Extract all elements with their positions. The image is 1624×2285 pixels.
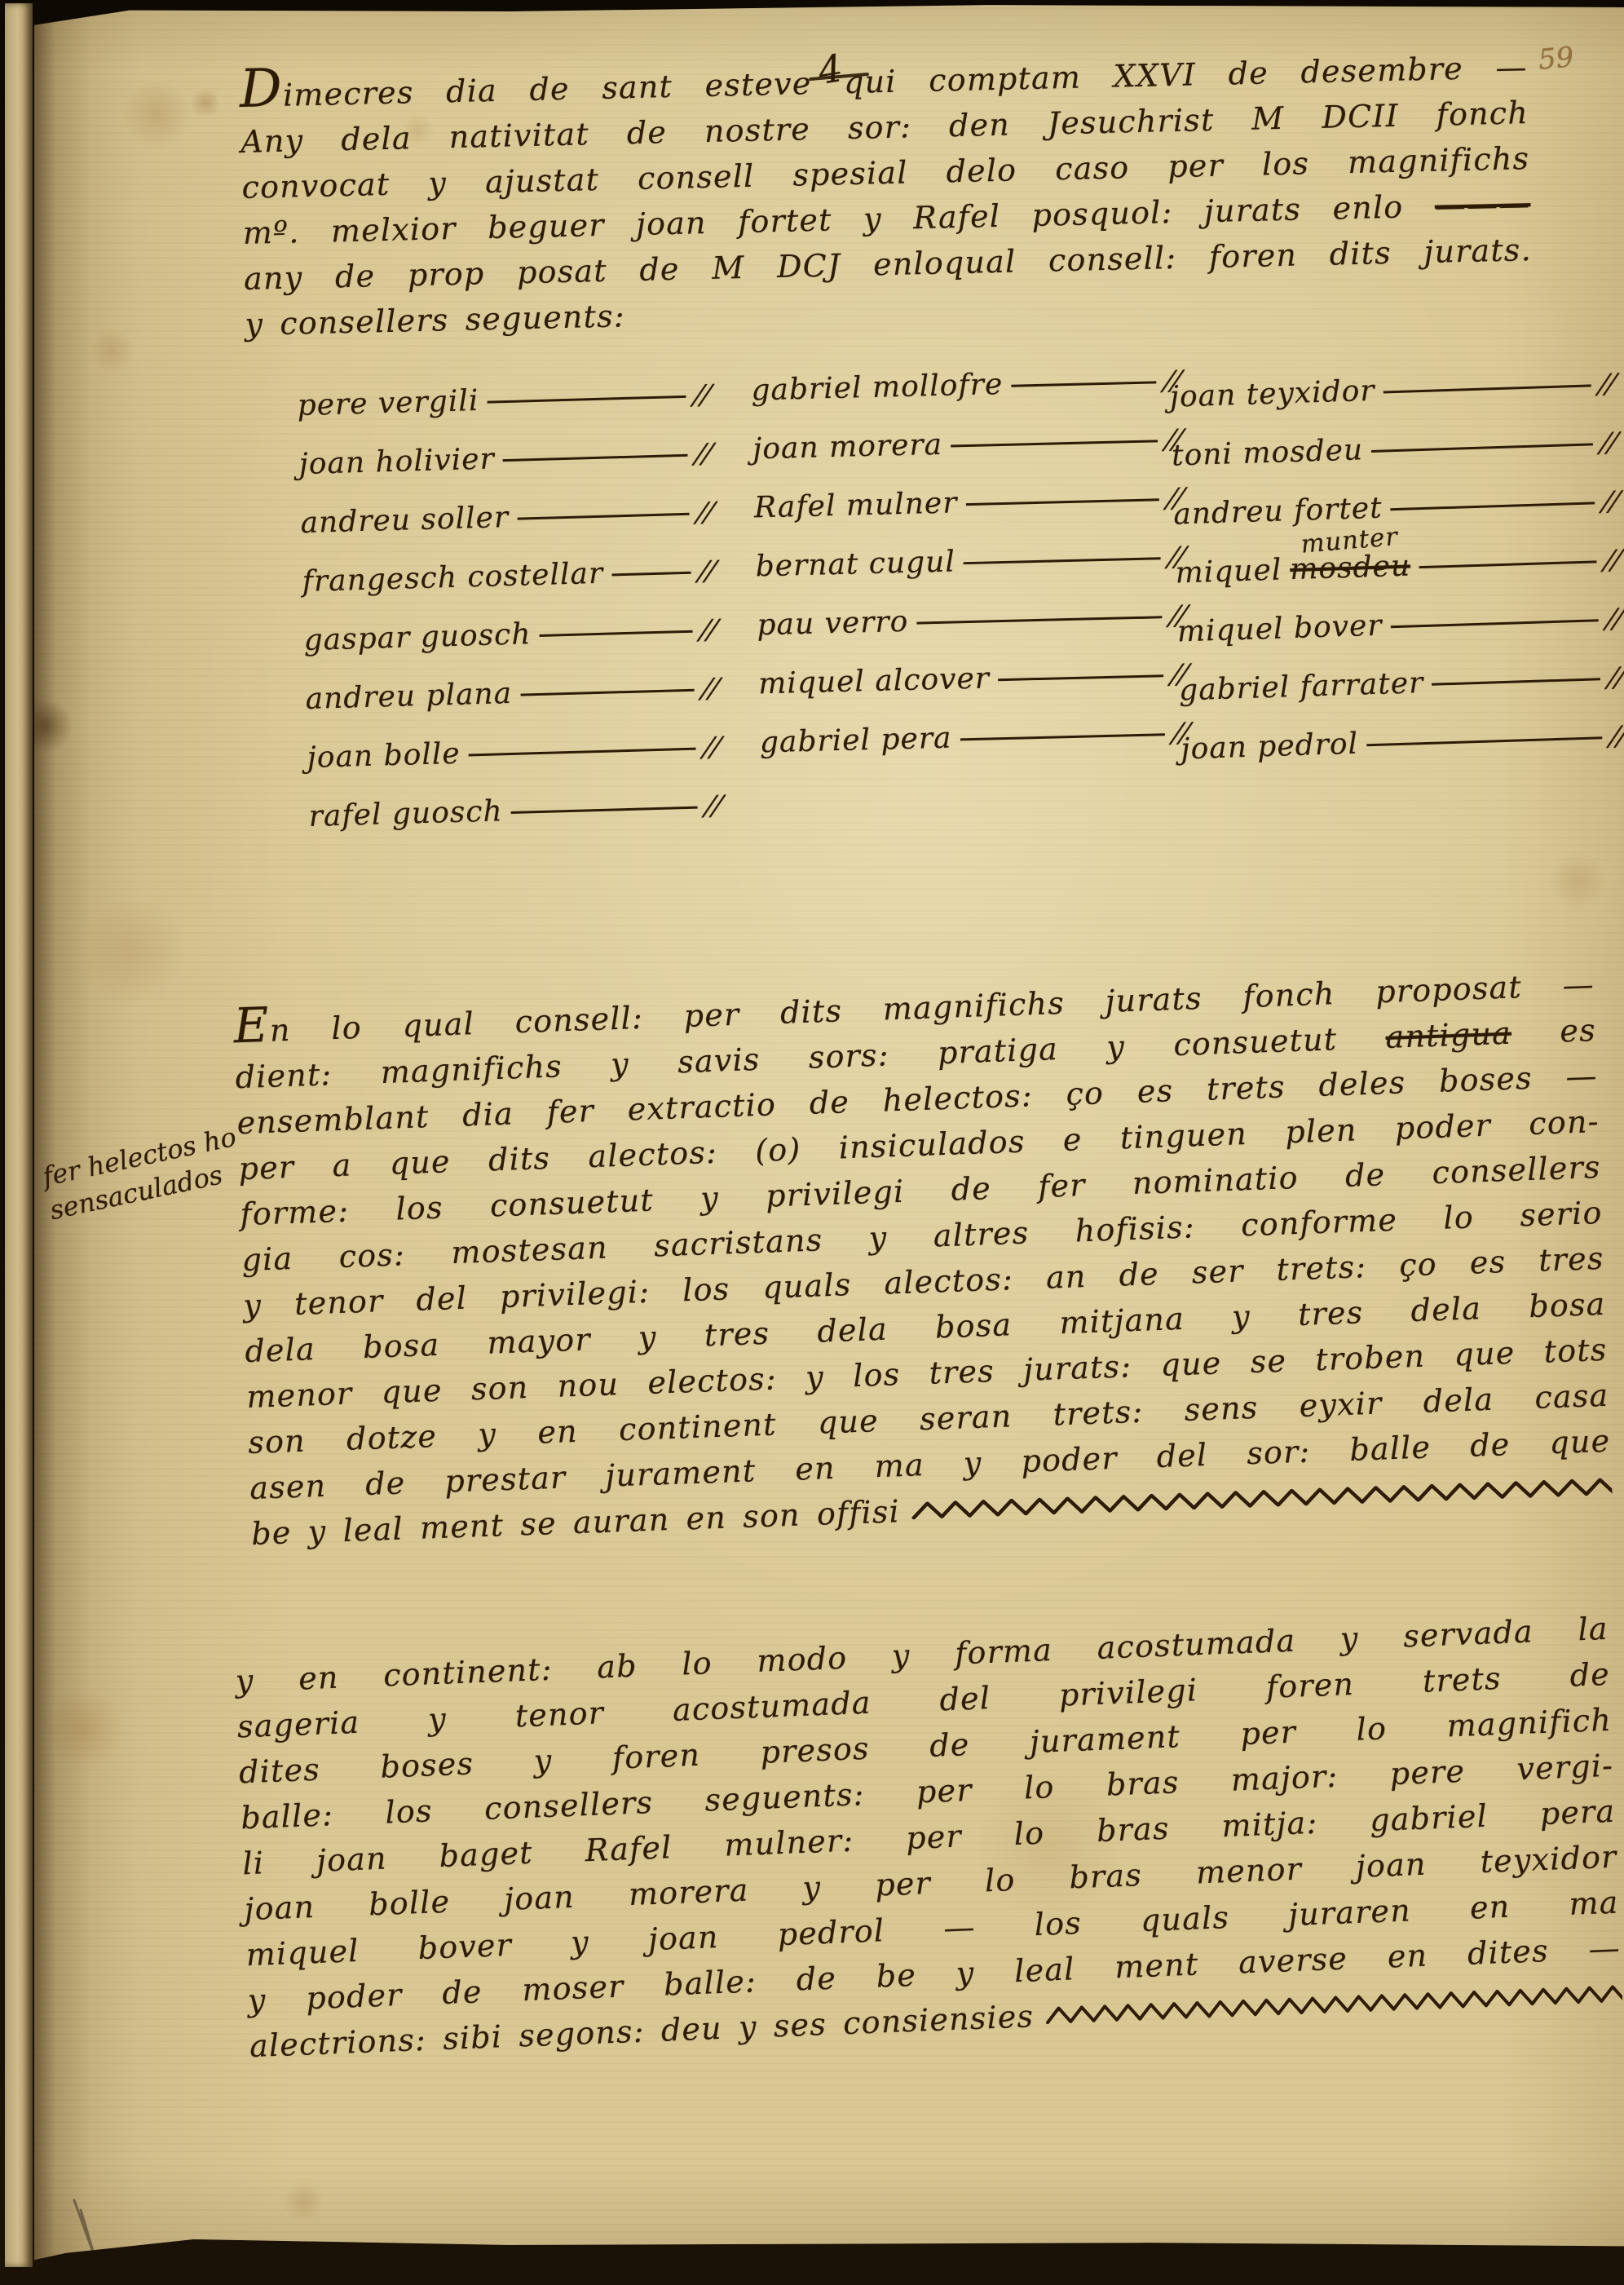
council-member-row: gabriel mollofre//: [751, 364, 1180, 410]
leader-line: [998, 674, 1163, 681]
leader-line: [1391, 502, 1595, 510]
council-member-name: joan bolle: [307, 737, 461, 775]
line-filler-squiggle: [911, 1474, 1612, 1523]
leader-line: [611, 572, 691, 577]
proposal-paragraph: En lo qual consell: per dits magnifichs …: [233, 959, 1613, 1560]
council-member-name: gabriel mollofre: [751, 368, 1004, 408]
council-member-row: gabriel farrater//: [1179, 660, 1624, 709]
council-member-name: andreu plana: [305, 677, 513, 716]
council-members-column-1: pere vergili//joan holivier//andreu soll…: [297, 378, 722, 859]
council-member-row: bernat cugul//: [755, 540, 1184, 586]
tally-mark: //: [703, 789, 724, 822]
council-member-row: toni mosdeu//: [1171, 426, 1616, 475]
council-member-row: miquel alcover//: [758, 657, 1187, 704]
leader-line: [965, 498, 1158, 506]
leader-line: [517, 513, 689, 520]
tally-mark: //: [1600, 484, 1620, 517]
council-member-row: joan pedrol//: [1180, 718, 1624, 768]
oath-paragraph: y en continent: ab lo modo y forma acost…: [235, 1609, 1623, 2072]
tally-mark: //: [1596, 367, 1617, 400]
tally-mark: //: [693, 437, 714, 470]
council-member-name: joan holivier: [298, 442, 495, 481]
council-member-name: miquel: [1175, 553, 1282, 590]
leader-line: [951, 440, 1158, 447]
leader-line: [469, 748, 696, 757]
tally-mark: //: [695, 496, 716, 528]
adjacent-page-edge: [5, 3, 33, 2267]
leader-line: [1383, 384, 1591, 393]
leader-line: [960, 733, 1164, 740]
council-member-row: andreu soller//: [300, 495, 713, 542]
council-member-row: pau verro//: [757, 599, 1185, 645]
council-member-name: andreu fortet: [1173, 492, 1383, 532]
council-member-row: gaspar guosch//: [303, 612, 716, 660]
tally-mark: //: [1604, 602, 1624, 634]
leader-line: [511, 807, 698, 814]
council-member-name: bernat cugul: [755, 545, 955, 583]
council-member-name: gabriel pera: [759, 722, 951, 760]
leader-line: [1011, 381, 1156, 387]
council-member-name: Rafel mulner: [753, 486, 957, 524]
tally-mark: //: [699, 672, 721, 705]
corner-pencil-mark: [71, 2192, 123, 2262]
corrected-name: muntermosdeu: [1290, 550, 1411, 587]
council-member-name: pere vergili: [297, 384, 479, 422]
manuscript-text: y consellers seguents:: [245, 298, 625, 343]
council-member-name: joan teyxidor: [1169, 374, 1375, 414]
leader-line: [916, 616, 1162, 624]
tally-mark: //: [691, 378, 713, 411]
council-member-name: joan pedrol: [1180, 727, 1359, 767]
tally-mark: //: [1607, 719, 1624, 752]
council-member-name: gaspar guosch: [303, 617, 532, 657]
line-filler-squiggle: [1045, 1982, 1623, 2028]
leader-line: [487, 396, 686, 404]
council-member-name: miquel alcover: [758, 661, 991, 701]
leader-line: [1366, 736, 1602, 746]
leader-line: [964, 557, 1160, 564]
tally-mark: //: [1605, 661, 1624, 693]
council-member-row: andreu plana//: [305, 671, 717, 718]
council-member-row: joan bolle//: [307, 730, 719, 777]
council-member-name: gabriel farrater: [1179, 666, 1424, 707]
council-member-row: gabriel pera//: [759, 716, 1188, 762]
manuscript-photo: 59 4 Dimecres dia de sant esteve qui com…: [0, 0, 1624, 2285]
tally-mark: //: [696, 555, 717, 587]
tally-mark: //: [1598, 426, 1618, 458]
leader-line: [1419, 560, 1596, 568]
struck-out-text: antigua: [1385, 1015, 1512, 1055]
council-members-column-2: gabriel mollofre//joan morera//Rafel mul…: [751, 364, 1189, 785]
tally-mark: //: [701, 731, 722, 763]
council-member-row: frangesch costellar//: [302, 554, 714, 601]
manuscript-text: es: [1511, 1012, 1596, 1051]
council-member-name: frangesch costellar: [302, 557, 604, 599]
council-member-row: miquel bover//: [1176, 601, 1622, 651]
council-member-name: miquel bover: [1176, 609, 1383, 649]
council-member-row: joan morera//: [752, 422, 1181, 469]
leader-line: [1432, 678, 1600, 685]
council-member-row: Rafel mulner//: [753, 481, 1182, 528]
council-member-row: miquelmuntermosdeu//: [1175, 542, 1620, 592]
council-member-row: joan teyxidor//: [1169, 367, 1614, 417]
tally-mark: //: [698, 613, 719, 646]
council-member-name: andreu soller: [300, 501, 510, 540]
leader-line: [1391, 619, 1599, 628]
council-member-name: pau verro: [757, 605, 909, 643]
folio-number: 59: [1537, 41, 1575, 77]
session-header: Dimecres dia de sant esteve qui comptam …: [239, 39, 1533, 351]
council-members-column-3: joan teyxidor//toni mosdeu//andreu forte…: [1169, 367, 1624, 792]
manuscript-page: 59 4 Dimecres dia de sant esteve qui com…: [34, 0, 1624, 2285]
leader-line: [539, 630, 692, 637]
council-member-name: joan morera: [752, 428, 943, 466]
council-member-row: rafel guosch//: [308, 789, 721, 836]
leader-line: [1371, 443, 1593, 453]
struck-out-text: ———: [1434, 186, 1531, 224]
leader-line: [520, 689, 694, 696]
council-member-row: pere vergili//: [297, 378, 709, 425]
leader-line: [503, 454, 687, 462]
council-member-name: toni mosdeu: [1171, 433, 1363, 472]
council-member-row: joan holivier//: [298, 436, 711, 484]
tally-mark: //: [1602, 543, 1622, 576]
council-member-name: rafel guosch: [308, 794, 503, 833]
